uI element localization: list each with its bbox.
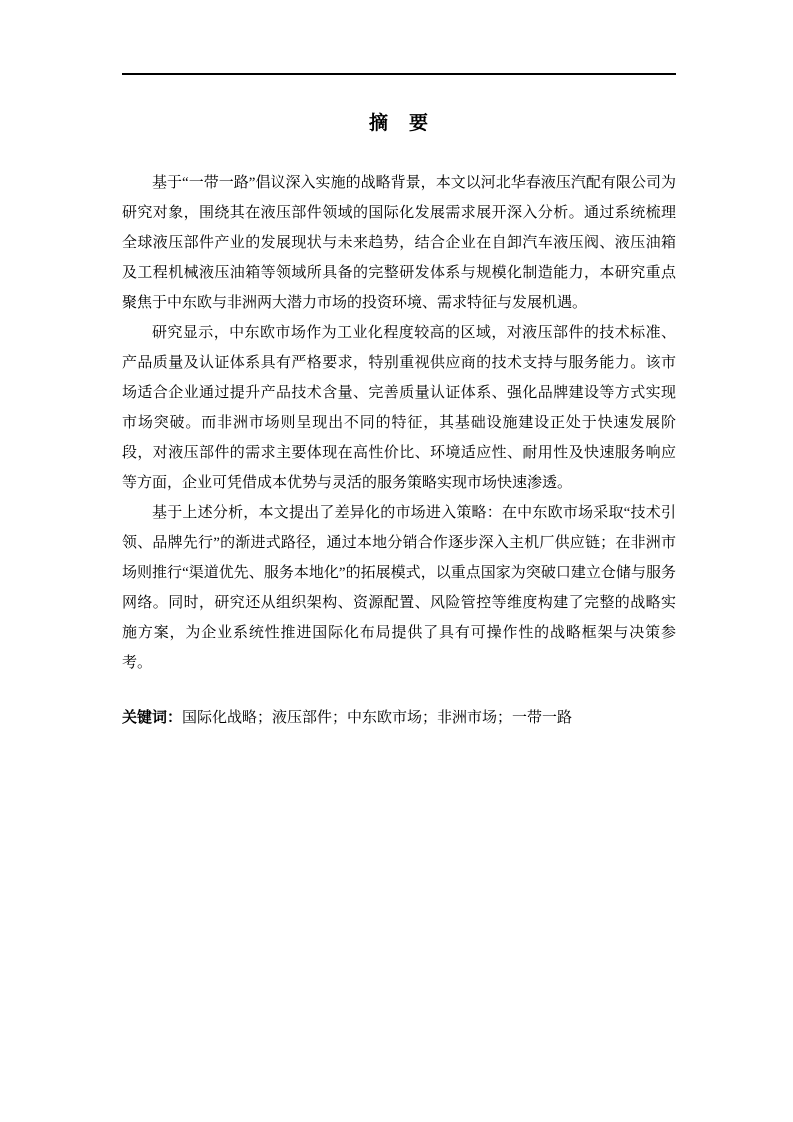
abstract-paragraph-1: 基于“一带一路”倡议深入实施的战略背景，本文以河北华春液压汽配有限公司为研究对象… [122,168,676,318]
keywords-text: 国际化战略；液压部件；中东欧市场；非洲市场；一带一路 [182,710,572,726]
header-divider-line [122,73,676,75]
abstract-paragraph-3: 基于上述分析，本文提出了差异化的市场进入策略：在中东欧市场采取“技术引领、品牌先… [122,498,676,678]
page-content: 摘 要 基于“一带一路”倡议深入实施的战略背景，本文以河北华春液压汽配有限公司为… [122,0,676,733]
abstract-body: 基于“一带一路”倡议深入实施的战略背景，本文以河北华春液压汽配有限公司为研究对象… [122,168,676,678]
keywords-line: 关键词：国际化战略；液压部件；中东欧市场；非洲市场；一带一路 [122,703,676,733]
document-page: 摘 要 基于“一带一路”倡议深入实施的战略背景，本文以河北华春液压汽配有限公司为… [0,0,793,1122]
keywords-label: 关键词： [122,709,182,726]
abstract-paragraph-2: 研究显示，中东欧市场作为工业化程度较高的区域，对液压部件的技术标准、产品质量及认… [122,318,676,498]
abstract-title: 摘 要 [122,109,676,139]
